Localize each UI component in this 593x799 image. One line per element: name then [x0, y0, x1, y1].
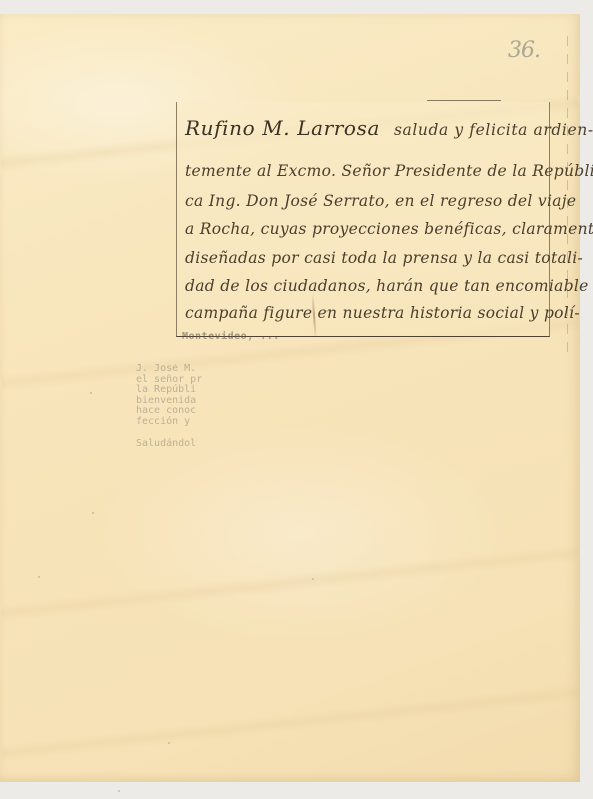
paper-speck: [118, 790, 120, 792]
bleed-line: la Repúbli: [136, 385, 216, 396]
signature: Rufino M. Larrosa: [185, 116, 380, 140]
card-line-2: temente al Excmo. Señor Presidente de la…: [185, 162, 593, 180]
bleed-line: Saludándol: [136, 439, 216, 450]
archival-page: 36. Rufino M. Larrosasaluda y felicita a…: [0, 14, 580, 782]
paper-speck: [326, 310, 328, 312]
card-line-1: Rufino M. Larrosasaluda y felicita ardie…: [185, 116, 593, 140]
paper-crease: [1, 544, 580, 623]
paper-speck: [90, 392, 92, 394]
card-text: saluda y felicita ardien-: [394, 121, 593, 139]
bleed-line: J. José M.: [136, 364, 216, 375]
card-line-4: a Rocha, cuyas proyecciones benéficas, c…: [185, 220, 593, 238]
bleed-line: hace conoc: [136, 406, 216, 417]
bleed-through-typewritten-text: J. José M. el señor pr la Repúbli bienve…: [136, 364, 216, 450]
card-line-7: campaña figure en nuestra historia socia…: [185, 304, 580, 322]
paper-speck: [38, 576, 40, 578]
card-line-5: diseñadas por casi toda la prensa y la c…: [185, 249, 583, 267]
card-line-6: dad de los ciudadanos, harán que tan enc…: [185, 277, 589, 295]
paper-crease: [1, 684, 580, 763]
paper-speck: [92, 512, 94, 514]
paper-speck: [312, 578, 314, 580]
folio-number: 36.: [508, 38, 540, 63]
handwritten-card: Rufino M. Larrosasaluda y felicita ardie…: [176, 102, 550, 337]
card-top-rule: [427, 100, 501, 101]
card-line-3: ca Ing. Don José Serrato, en el regreso …: [185, 192, 576, 210]
typed-fragment-under-card: Montevideo, ...: [182, 331, 280, 342]
paper-speck: [168, 742, 170, 744]
bleed-line: fección y: [136, 417, 216, 428]
